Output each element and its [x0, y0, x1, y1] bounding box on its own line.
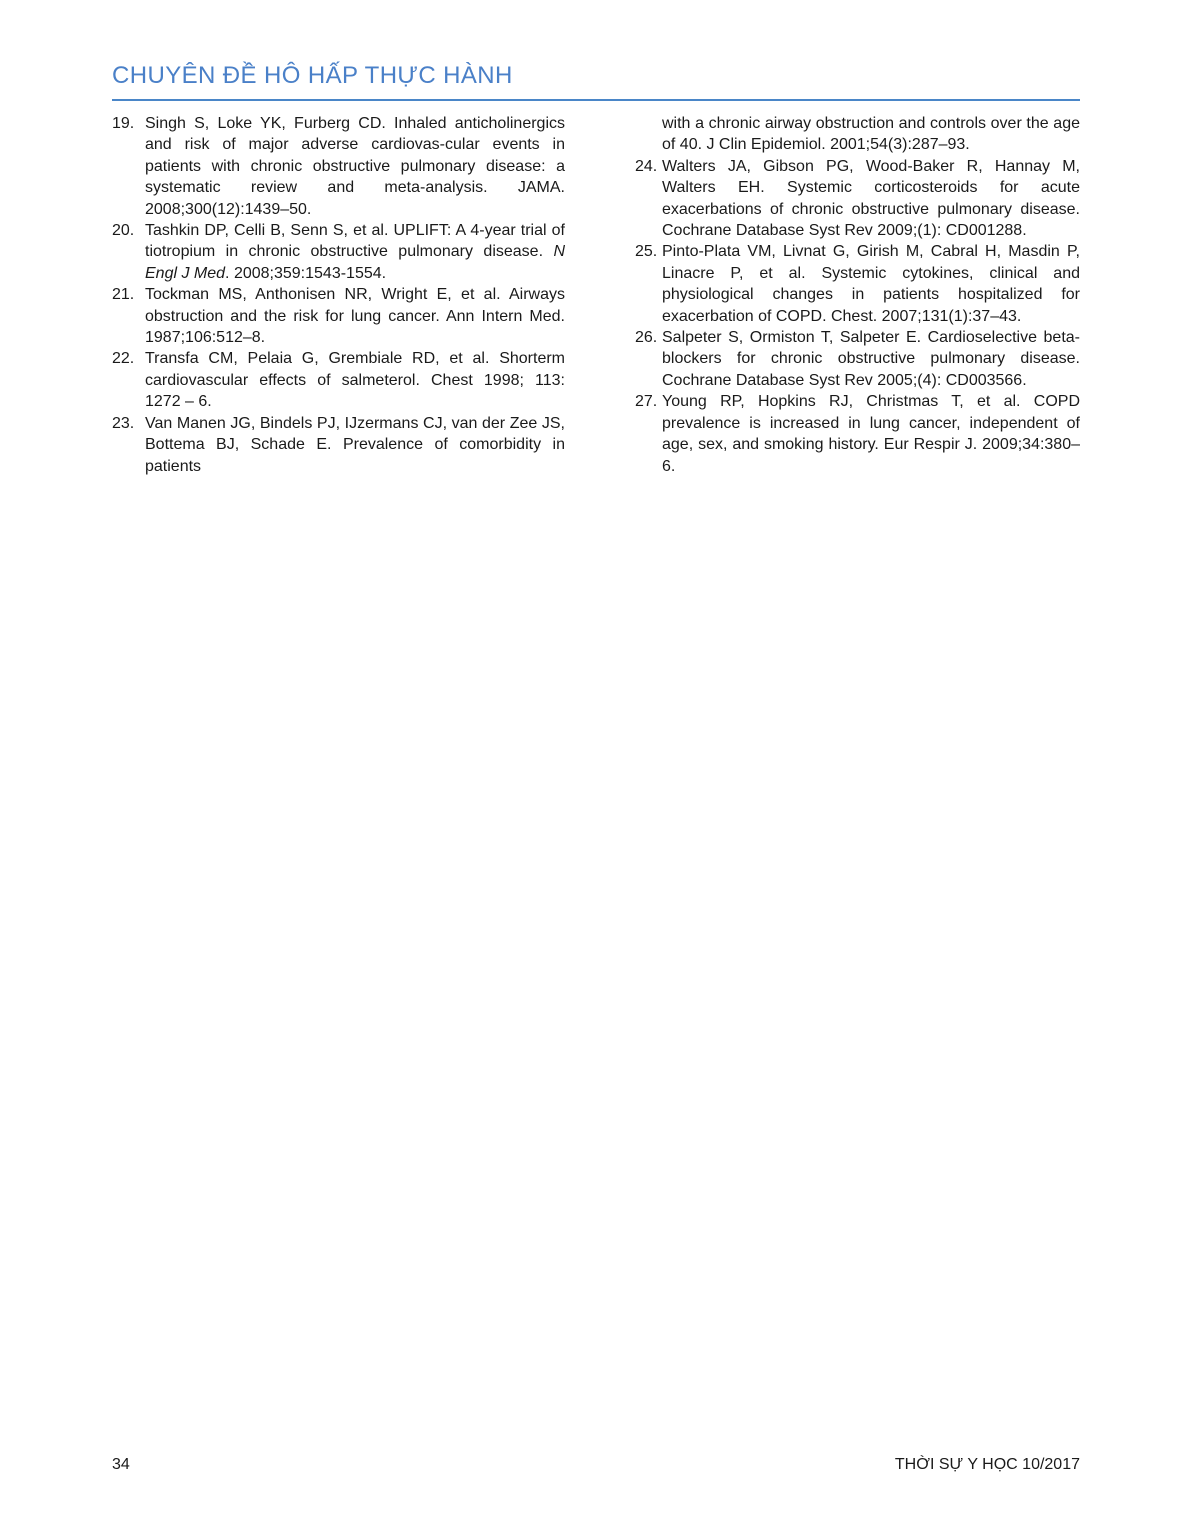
- journal-name-footer: THỜI SỰ Y HỌC 10/2017: [895, 1455, 1080, 1475]
- reference-item: 24.Walters JA, Gibson PG, Wood-Baker R, …: [635, 156, 1080, 242]
- document-page: CHUYÊN ĐỀ HÔ HẤP THỰC HÀNH 19.Singh S, L…: [0, 0, 1189, 1539]
- reference-item: 19.Singh S, Loke YK, Furberg CD. Inhaled…: [112, 113, 565, 220]
- reference-number: 20.: [112, 220, 145, 284]
- reference-number: 23.: [112, 413, 145, 477]
- references-column-left: 19.Singh S, Loke YK, Furberg CD. Inhaled…: [112, 113, 565, 477]
- reference-item: 26.Salpeter S, Ormiston T, Salpeter E. C…: [635, 327, 1080, 391]
- reference-text: Tashkin DP, Celli B, Senn S, et al. UPLI…: [145, 220, 565, 284]
- reference-text: Pinto-Plata VM, Livnat G, Girish M, Cabr…: [662, 241, 1080, 327]
- reference-text: Singh S, Loke YK, Furberg CD. Inhaled an…: [145, 113, 565, 220]
- page-footer: 34 THỜI SỰ Y HỌC 10/2017: [112, 1455, 1080, 1475]
- reference-item: 25.Pinto-Plata VM, Livnat G, Girish M, C…: [635, 241, 1080, 327]
- reference-item: with a chronic airway obstruction and co…: [635, 113, 1080, 156]
- reference-text: Young RP, Hopkins RJ, Christmas T, et al…: [662, 391, 1080, 477]
- reference-item: 22.Transfa CM, Pelaia G, Grembiale RD, e…: [112, 348, 565, 412]
- reference-text: Transfa CM, Pelaia G, Grembiale RD, et a…: [145, 348, 565, 412]
- references-section: 19.Singh S, Loke YK, Furberg CD. Inhaled…: [112, 113, 1080, 477]
- references-column-right: with a chronic airway obstruction and co…: [635, 113, 1080, 477]
- reference-text: Tockman MS, Anthonisen NR, Wright E, et …: [145, 284, 565, 348]
- reference-number: 19.: [112, 113, 145, 220]
- reference-item: 27.Young RP, Hopkins RJ, Christmas T, et…: [635, 391, 1080, 477]
- reference-item: 20.Tashkin DP, Celli B, Senn S, et al. U…: [112, 220, 565, 284]
- reference-number: 27.: [635, 391, 662, 477]
- reference-number: 26.: [635, 327, 662, 391]
- reference-text: with a chronic airway obstruction and co…: [662, 113, 1080, 156]
- page-title: CHUYÊN ĐỀ HÔ HẤP THỰC HÀNH: [112, 60, 1080, 101]
- reference-text: Van Manen JG, Bindels PJ, IJzermans CJ, …: [145, 413, 565, 477]
- page-header: CHUYÊN ĐỀ HÔ HẤP THỰC HÀNH: [112, 60, 1080, 101]
- reference-item: 23.Van Manen JG, Bindels PJ, IJzermans C…: [112, 413, 565, 477]
- reference-text: Salpeter S, Ormiston T, Salpeter E. Card…: [662, 327, 1080, 391]
- reference-number: 25.: [635, 241, 662, 327]
- reference-number: [635, 113, 662, 156]
- reference-text: Walters JA, Gibson PG, Wood-Baker R, Han…: [662, 156, 1080, 242]
- reference-number: 21.: [112, 284, 145, 348]
- reference-number: 24.: [635, 156, 662, 242]
- reference-item: 21.Tockman MS, Anthonisen NR, Wright E, …: [112, 284, 565, 348]
- reference-number: 22.: [112, 348, 145, 412]
- page-number: 34: [112, 1455, 130, 1475]
